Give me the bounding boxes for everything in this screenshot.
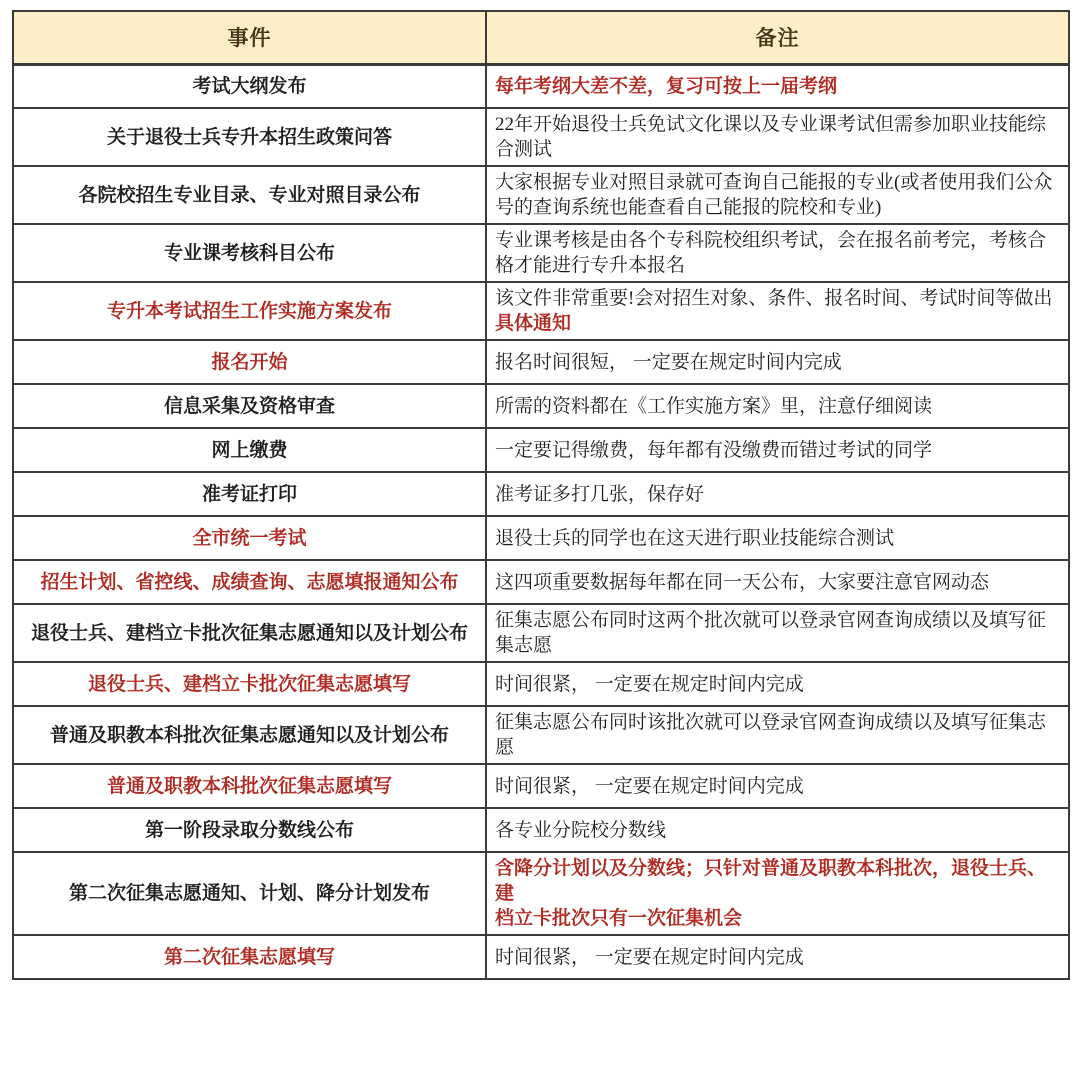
note-text: 退役士兵的同学也在这天进行职业技能综合测试	[495, 528, 894, 549]
table-row: 退役士兵、建档立卡批次征集志愿通知以及计划公布征集志愿公布同时这两个批次就可以登…	[13, 604, 1069, 662]
event-cell: 第二次征集志愿填写	[13, 935, 486, 979]
exam-schedule-table: 事件 备注 考试大纲发布每年考纲大差不差，复习可按上一届考纲关于退役士兵专升本招…	[12, 10, 1070, 980]
note-text: 所需的资料都在《工作实施方案》里，注意仔细阅读	[495, 396, 932, 417]
table-row: 招生计划、省控线、成绩查询、志愿填报通知公布这四项重要数据每年都在同一天公布，大…	[13, 560, 1069, 604]
event-cell: 普通及职教本科批次征集志愿通知以及计划公布	[13, 706, 486, 764]
note-cell: 征集志愿公布同时该批次就可以登录官网查询成绩以及填写征集志愿	[486, 706, 1069, 764]
note-text: 征集志愿公布同时这两个批次就可以登录官网查询成绩以及填写征集志愿	[495, 610, 1046, 656]
note-text: 这四项重要数据每年都在同一天公布，大家要注意官网动态	[495, 572, 989, 593]
note-cell: 退役士兵的同学也在这天进行职业技能综合测试	[486, 516, 1069, 560]
event-cell: 信息采集及资格审查	[13, 384, 486, 428]
event-cell: 招生计划、省控线、成绩查询、志愿填报通知公布	[13, 560, 486, 604]
header-note: 备注	[486, 11, 1069, 64]
table-row: 第二次征集志愿通知、计划、降分计划发布含降分计划以及分数线；只针对普通及职教本科…	[13, 852, 1069, 935]
note-text: 专业课考核是由各个专科院校组织考试，会在报名前考完，考核合格才能进行专升本报名	[495, 230, 1046, 276]
note-cell: 专业课考核是由各个专科院校组织考试，会在报名前考完，考核合格才能进行专升本报名	[486, 224, 1069, 282]
event-cell: 专升本考试招生工作实施方案发布	[13, 282, 486, 340]
header-event: 事件	[13, 11, 486, 64]
note-text: 准考证多打几张，保存好	[495, 484, 704, 505]
event-cell: 专业课考核科目公布	[13, 224, 486, 282]
note-cell: 时间很紧， 一定要在规定时间内完成	[486, 662, 1069, 706]
event-cell: 各院校招生专业目录、专业对照目录公布	[13, 166, 486, 224]
event-cell: 退役士兵、建档立卡批次征集志愿通知以及计划公布	[13, 604, 486, 662]
note-cell: 22年开始退役士兵免试文化课以及专业课考试但需参加职业技能综合测试	[486, 108, 1069, 166]
note-text: 各专业分院校分数线	[495, 820, 666, 841]
event-cell: 第二次征集志愿通知、计划、降分计划发布	[13, 852, 486, 935]
header-row: 事件 备注	[13, 11, 1069, 64]
table-row: 考试大纲发布每年考纲大差不差，复习可按上一届考纲	[13, 64, 1069, 108]
table-row: 各院校招生专业目录、专业对照目录公布大家根据专业对照目录就可查询自己能报的专业(…	[13, 166, 1069, 224]
note-cell: 含降分计划以及分数线；只针对普通及职教本科批次，退役士兵、建 档立卡批次只有一次…	[486, 852, 1069, 935]
table-row: 全市统一考试退役士兵的同学也在这天进行职业技能综合测试	[13, 516, 1069, 560]
note-cell: 时间很紧， 一定要在规定时间内完成	[486, 764, 1069, 808]
note-text: 22年开始退役士兵免试文化课以及专业课考试但需参加职业技能综合测试	[495, 114, 1046, 160]
table-row: 关于退役士兵专升本招生政策问答22年开始退役士兵免试文化课以及专业课考试但需参加…	[13, 108, 1069, 166]
table-row: 报名开始报名时间很短， 一定要在规定时间内完成	[13, 340, 1069, 384]
note-text: 时间很紧， 一定要在规定时间内完成	[495, 947, 804, 968]
note-text: 含降分计划以及分数线；只针对普通及职教本科批次，退役士兵、建 档立卡批次只有一次…	[495, 856, 1060, 931]
event-cell: 第一阶段录取分数线公布	[13, 808, 486, 852]
note-cell: 报名时间很短， 一定要在规定时间内完成	[486, 340, 1069, 384]
table-row: 普通及职教本科批次征集志愿填写时间很紧， 一定要在规定时间内完成	[13, 764, 1069, 808]
note-text: 征集志愿公布同时该批次就可以登录官网查询成绩以及填写征集志愿	[495, 712, 1046, 758]
note-text: 时间很紧， 一定要在规定时间内完成	[495, 674, 804, 695]
note-text: 大家根据专业对照目录就可查询自己能报的专业(或者使用我们公众号的查询系统也能查看…	[495, 172, 1052, 218]
note-cell: 一定要记得缴费，每年都有没缴费而错过考试的同学	[486, 428, 1069, 472]
note-cell: 征集志愿公布同时这两个批次就可以登录官网查询成绩以及填写征集志愿	[486, 604, 1069, 662]
note-text: 一定要记得缴费，每年都有没缴费而错过考试的同学	[495, 440, 932, 461]
note-cell: 该文件非常重要!会对招生对象、条件、报名时间、考试时间等做出具体通知	[486, 282, 1069, 340]
note-text: 每年考纲大差不差，复习可按上一届考纲	[495, 74, 837, 99]
note-cell: 所需的资料都在《工作实施方案》里，注意仔细阅读	[486, 384, 1069, 428]
event-cell: 退役士兵、建档立卡批次征集志愿填写	[13, 662, 486, 706]
table-row: 专业课考核科目公布专业课考核是由各个专科院校组织考试，会在报名前考完，考核合格才…	[13, 224, 1069, 282]
table-body: 考试大纲发布每年考纲大差不差，复习可按上一届考纲关于退役士兵专升本招生政策问答2…	[13, 64, 1069, 979]
event-cell: 报名开始	[13, 340, 486, 384]
event-cell: 关于退役士兵专升本招生政策问答	[13, 108, 486, 166]
table-row: 信息采集及资格审查所需的资料都在《工作实施方案》里，注意仔细阅读	[13, 384, 1069, 428]
note-cell: 准考证多打几张，保存好	[486, 472, 1069, 516]
table-row: 网上缴费一定要记得缴费，每年都有没缴费而错过考试的同学	[13, 428, 1069, 472]
note-cell: 大家根据专业对照目录就可查询自己能报的专业(或者使用我们公众号的查询系统也能查看…	[486, 166, 1069, 224]
note-cell: 时间很紧， 一定要在规定时间内完成	[486, 935, 1069, 979]
note-cell: 这四项重要数据每年都在同一天公布，大家要注意官网动态	[486, 560, 1069, 604]
note-text: 该文件非常重要!会对招生对象、条件、报名时间、考试时间等做出	[495, 288, 1052, 309]
event-cell: 考试大纲发布	[13, 64, 486, 108]
event-cell: 全市统一考试	[13, 516, 486, 560]
table-row: 退役士兵、建档立卡批次征集志愿填写时间很紧， 一定要在规定时间内完成	[13, 662, 1069, 706]
table-row: 准考证打印准考证多打几张，保存好	[13, 472, 1069, 516]
note-cell: 各专业分院校分数线	[486, 808, 1069, 852]
note-text: 具体通知	[495, 311, 571, 336]
table-row: 普通及职教本科批次征集志愿通知以及计划公布征集志愿公布同时该批次就可以登录官网查…	[13, 706, 1069, 764]
table-row: 第二次征集志愿填写时间很紧， 一定要在规定时间内完成	[13, 935, 1069, 979]
note-cell: 每年考纲大差不差，复习可按上一届考纲	[486, 64, 1069, 108]
table-row: 专升本考试招生工作实施方案发布该文件非常重要!会对招生对象、条件、报名时间、考试…	[13, 282, 1069, 340]
note-text: 报名时间很短， 一定要在规定时间内完成	[495, 352, 842, 373]
note-text: 时间很紧， 一定要在规定时间内完成	[495, 776, 804, 797]
table-row: 第一阶段录取分数线公布各专业分院校分数线	[13, 808, 1069, 852]
event-cell: 网上缴费	[13, 428, 486, 472]
event-cell: 普通及职教本科批次征集志愿填写	[13, 764, 486, 808]
event-cell: 准考证打印	[13, 472, 486, 516]
